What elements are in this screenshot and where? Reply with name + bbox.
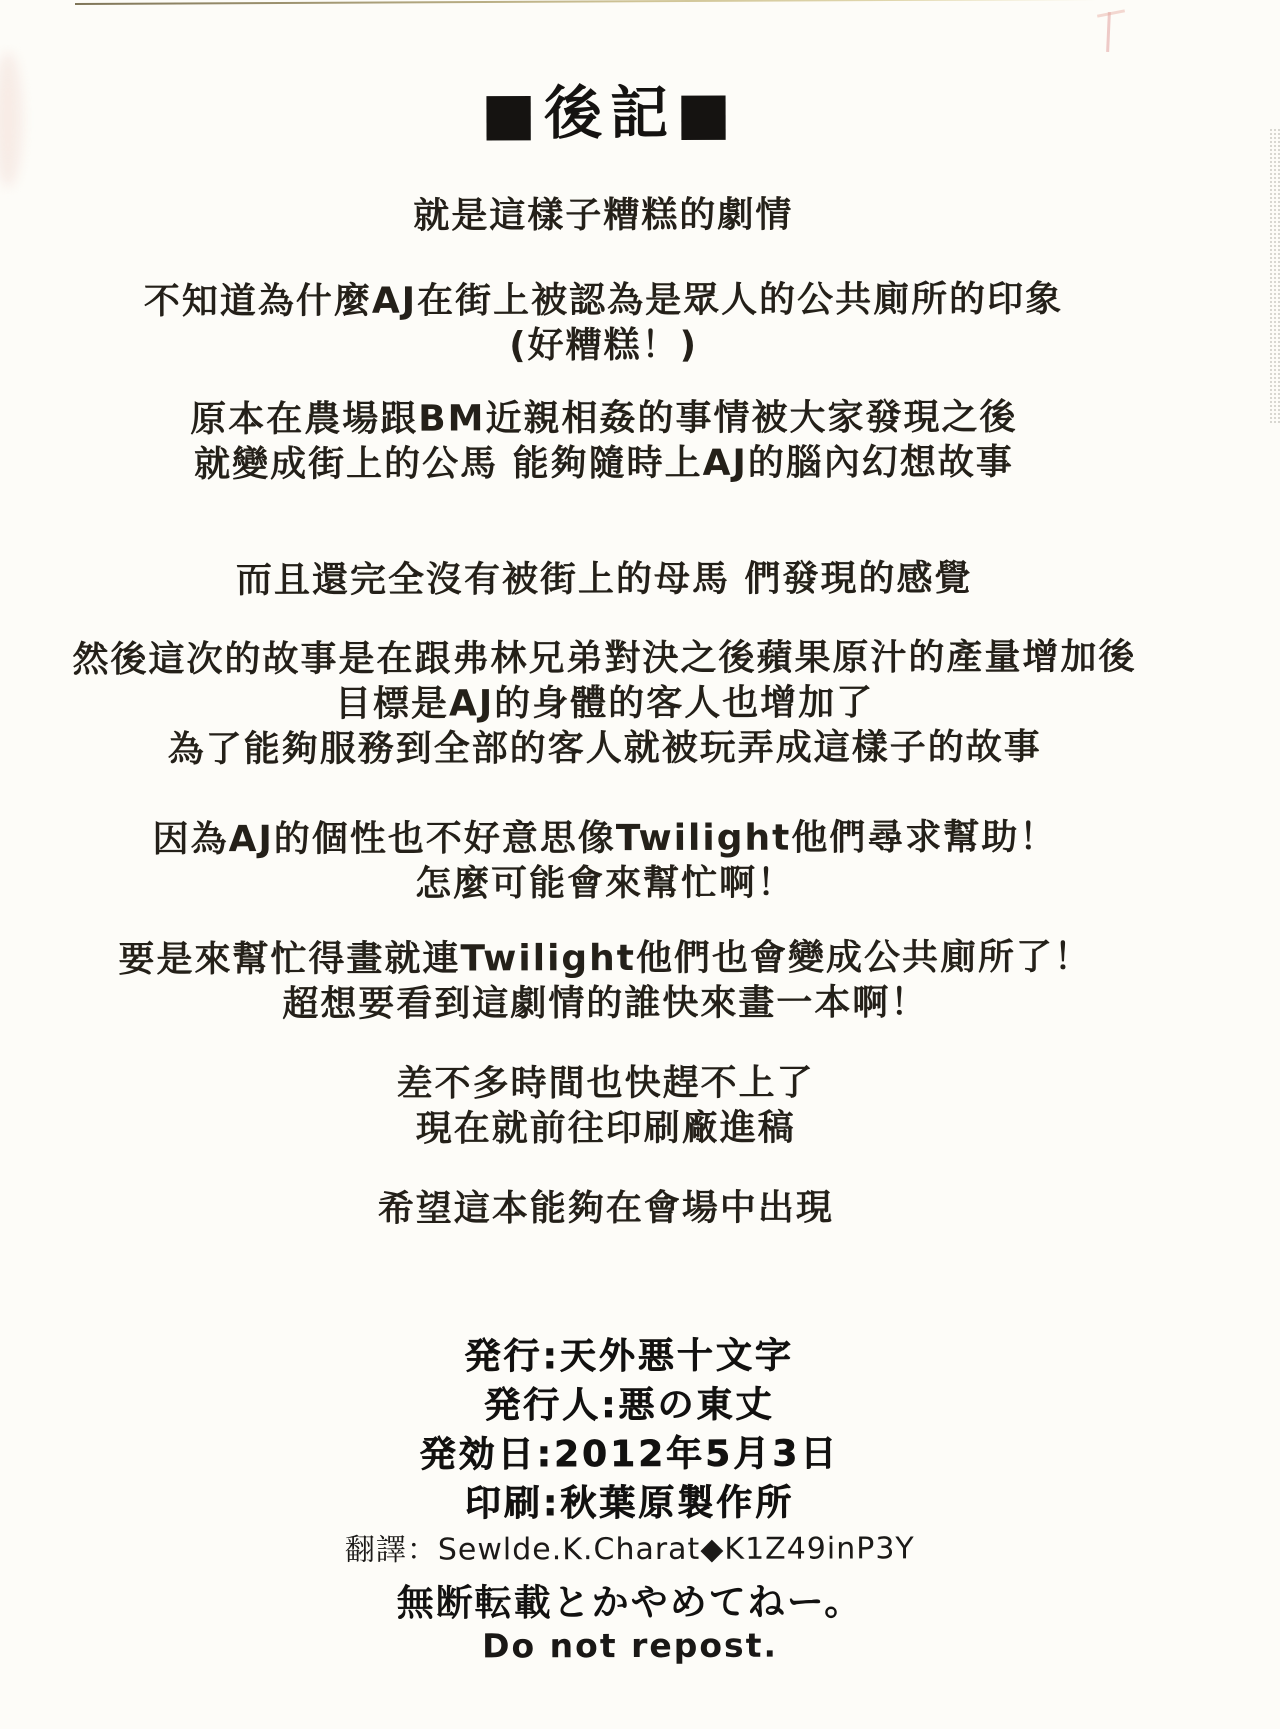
colophon: 発行:天外悪十文字 発行人:悪の東丈 発効日:2012年5月3日 印刷:秋葉原製… [0, 0, 1266, 2]
page-title: ■後記■ [0, 64, 1250, 151]
colophon-printer: 印刷:秋葉原製作所 [0, 1473, 1270, 1527]
paragraph: 要是來幫忙得畫就連Twilight他們也會變成公共廁所了！ 超想要看到這劇情的誰… [0, 934, 1245, 1027]
colophon-publisher: 発行:天外悪十文字 [0, 1326, 1269, 1380]
no-repost-notice-japanese: 無断転載とかやめてねー。 [0, 1570, 1270, 1627]
body-line: 因為AJ的個性也不好意思像Twilight他們尋求幫助！ [0, 814, 1245, 862]
body-line: 不知道為什麼AJ在街上被認為是眾人的公共廁所的印象 [0, 276, 1244, 324]
body-line: 然後這次的故事是在跟弗林兄弟對決之後蘋果原汁的產量增加後 [0, 634, 1245, 682]
colophon-publisher-person: 発行人:悪の東丈 [0, 1375, 1269, 1429]
paragraph: 希望這本能夠在會場中出現 [0, 1184, 1246, 1232]
afterword-body: 就是這樣子糟糕的劇情 不知道為什麼AJ在街上被認為是眾人的公共廁所的印象 (好糟… [0, 0, 1243, 2]
page-content: ■後記■ 就是這樣子糟糕的劇情 不知道為什麼AJ在街上被認為是眾人的公共廁所的印… [0, 0, 1280, 1729]
body-line: 就是這樣子糟糕的劇情 [0, 191, 1243, 239]
body-line: 差不多時間也快趕不上了 [0, 1059, 1246, 1107]
body-line: 超想要看到這劇情的誰快來畫一本啊！ [0, 979, 1245, 1027]
paragraph: 然後這次的故事是在跟弗林兄弟對決之後蘋果原汁的產量增加後 目標是AJ的身體的客人… [0, 634, 1245, 772]
afterword-page: ■後記■ 就是這樣子糟糕的劇情 不知道為什麼AJ在街上被認為是眾人的公共廁所的印… [0, 0, 1280, 1729]
paragraph: 而且還完全沒有被街上的母馬 們發現的感覺 [0, 555, 1244, 603]
body-line: 目標是AJ的身體的客人也增加了 [0, 679, 1245, 727]
body-line: 要是來幫忙得畫就連Twilight他們也會變成公共廁所了！ [0, 934, 1245, 982]
body-line: 就變成街上的公馬 能夠隨時上AJ的腦內幻想故事 [0, 439, 1244, 487]
colophon-date: 発効日:2012年5月3日 [0, 1424, 1270, 1478]
body-line: (好糟糕！) [0, 321, 1244, 369]
no-repost-notice-english: Do not repost. [0, 1624, 1270, 1666]
paragraph: 就是這樣子糟糕的劇情 [0, 191, 1243, 239]
body-line: 而且還完全沒有被街上的母馬 們發現的感覺 [0, 555, 1244, 603]
paragraph: 不知道為什麼AJ在街上被認為是眾人的公共廁所的印象 (好糟糕！) [0, 276, 1244, 369]
body-line: 現在就前往印刷廠進稿 [0, 1104, 1246, 1152]
body-line: 為了能夠服務到全部的客人就被玩弄成這樣子的故事 [0, 724, 1245, 772]
body-line: 怎麼可能會來幫忙啊！ [0, 859, 1245, 907]
paragraph: 原本在農場跟BM近親相姦的事情被大家發現之後 就變成街上的公馬 能夠隨時上AJ的… [0, 394, 1244, 487]
paragraph: 因為AJ的個性也不好意思像Twilight他們尋求幫助！ 怎麼可能會來幫忙啊！ [0, 814, 1245, 907]
body-line: 原本在農場跟BM近親相姦的事情被大家發現之後 [0, 394, 1244, 442]
body-line: 希望這本能夠在會場中出現 [0, 1184, 1246, 1232]
paragraph: 差不多時間也快趕不上了 現在就前往印刷廠進稿 [0, 1059, 1246, 1152]
translator-credit: 翻譯：Sewlde.K.Charat◆K1Z49inP3Y [0, 1522, 1270, 1569]
